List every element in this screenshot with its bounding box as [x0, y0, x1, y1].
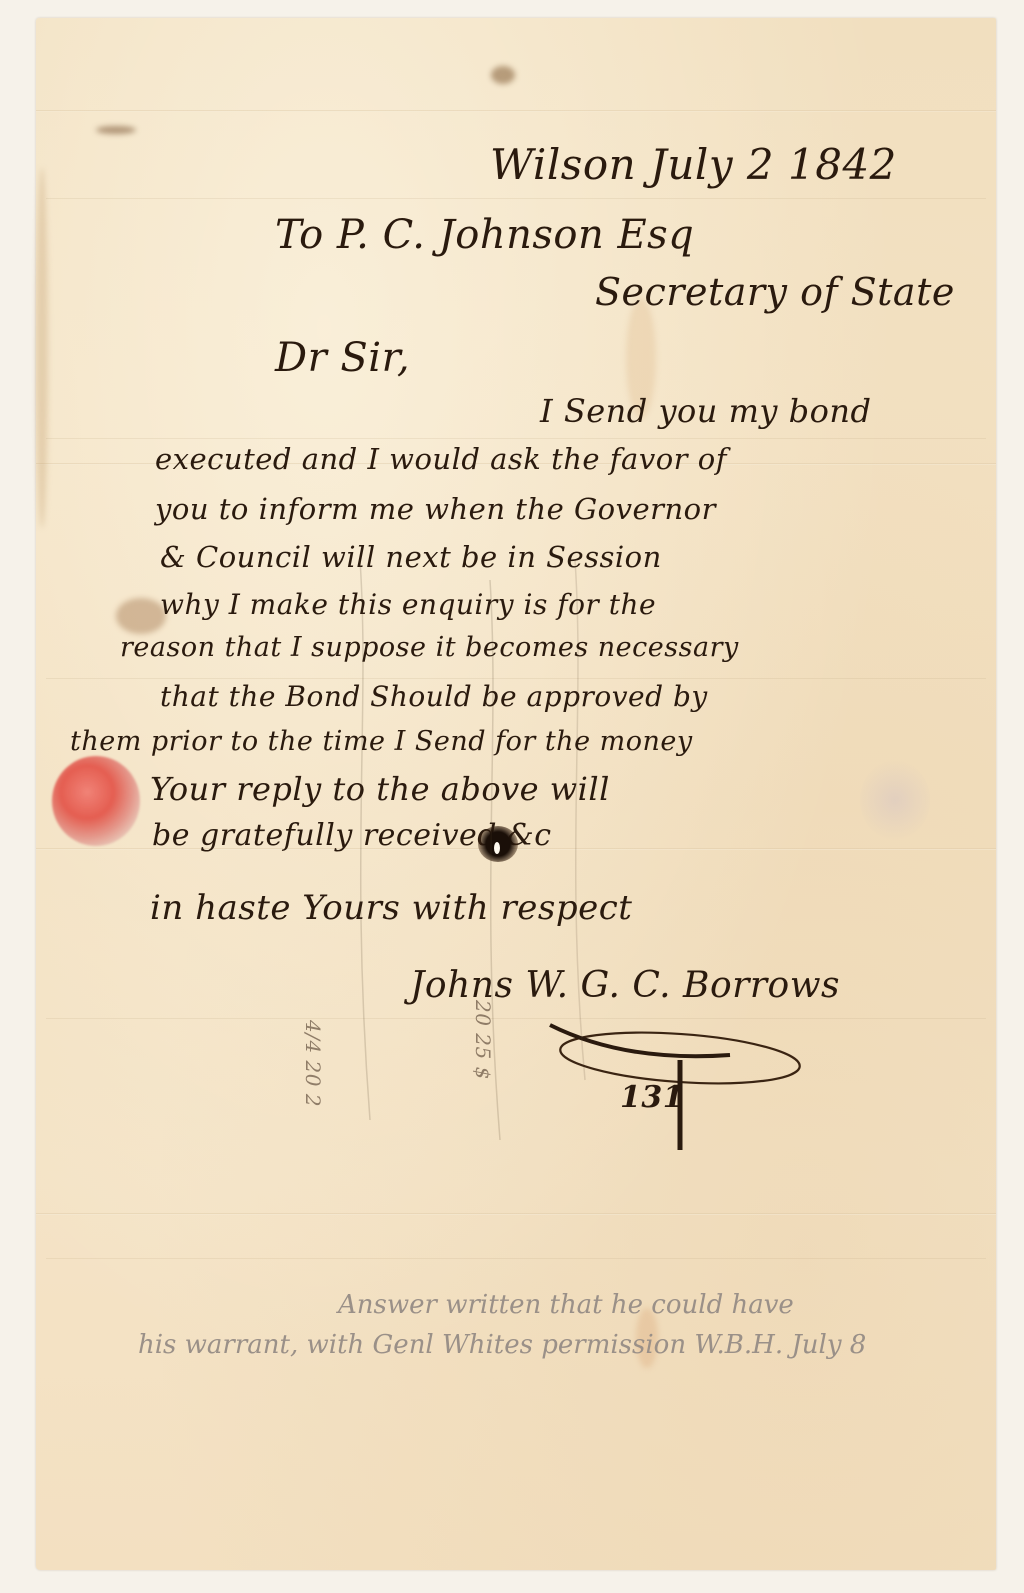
- fold-line: [36, 110, 996, 112]
- dateline: Wilson July 2 1842: [490, 140, 897, 189]
- pencil-annotation-line-1: Answer written that he could have: [338, 1290, 794, 1320]
- ink-speck: [96, 126, 136, 134]
- ink-speck: [491, 66, 515, 84]
- body-line: you to inform me when the Governor: [155, 492, 716, 526]
- seal-ghost-mark: [860, 760, 930, 840]
- margin-figure: 4/4 20 2: [301, 1020, 325, 1107]
- recipient-line: To P. C. Johnson Esq: [275, 212, 694, 258]
- annotation-text: Answer written that he could have: [338, 1290, 794, 1320]
- body-line: executed and I would ask the favor of: [155, 442, 727, 476]
- fold-line: [36, 1213, 996, 1215]
- edge-discoloration: [36, 168, 48, 528]
- pencil-annotation-line-2: his warrant, with Genl Whites permission…: [138, 1330, 866, 1360]
- recipient-title: Secretary of State: [595, 270, 955, 314]
- bleed-through-strokes: [330, 560, 630, 1160]
- salutation: Dr Sir,: [275, 335, 410, 381]
- water-stain: [116, 598, 166, 634]
- ruled-line: [46, 438, 986, 439]
- ruled-line: [46, 1258, 986, 1259]
- body-line: I Send you my bond: [540, 392, 872, 430]
- wax-seal-remnant: [52, 756, 140, 846]
- ruled-line: [46, 198, 986, 199]
